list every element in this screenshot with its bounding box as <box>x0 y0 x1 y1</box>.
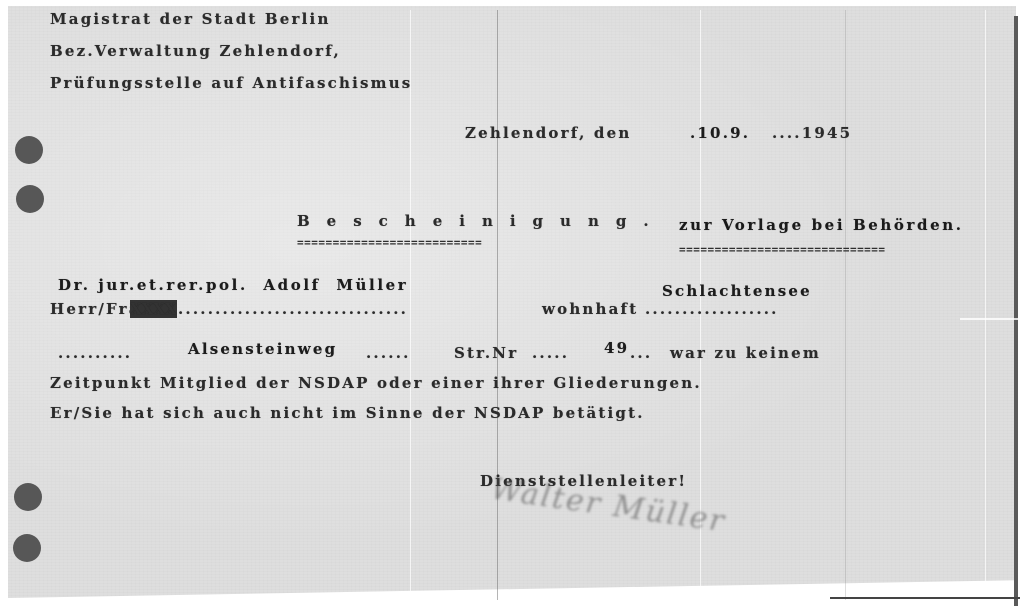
dotted-fill: ... <box>630 344 652 362</box>
dotted-fill: .................. <box>645 300 779 318</box>
fold-line <box>845 10 846 600</box>
title-underline: ========================== <box>297 236 482 249</box>
header-office: Prüfungsstelle auf Antifaschismus <box>50 74 412 92</box>
fold-line <box>497 10 498 600</box>
body-line-2: Er/Sie hat sich auch nicht im Sinne der … <box>50 404 645 422</box>
date-filled: .10.9. <box>690 124 750 142</box>
struck-out-text: XXXX <box>130 300 177 318</box>
header-authority: Magistrat der Stadt Berlin <box>50 10 331 28</box>
scanned-document: Magistrat der Stadt Berlin Bez.Verwaltun… <box>0 0 1024 613</box>
punch-hole-icon <box>13 534 41 562</box>
punch-hole-icon <box>14 483 42 511</box>
bottom-edge-strip <box>830 597 1020 599</box>
dotted-fill: ............................... <box>178 300 408 318</box>
continuation-text: war zu keinem <box>670 344 821 362</box>
person-name: Dr. jur.et.rer.pol. Adolf Müller <box>58 276 408 294</box>
header-district: Bez.Verwaltung Zehlendorf, <box>50 42 341 60</box>
residence-filled: Schlachtensee <box>662 282 812 300</box>
place-label: Zehlendorf, den <box>465 124 631 142</box>
street-label: Str.Nr <box>454 344 518 362</box>
punch-hole-icon <box>16 185 44 213</box>
punch-hole-icon <box>15 136 43 164</box>
dotted-fill: .......... <box>58 344 132 362</box>
paper-edge-shadow <box>1014 16 1018 606</box>
corner-crease <box>960 318 1018 320</box>
dotted-fill: ...... <box>366 344 411 362</box>
date-year: ....1945 <box>772 124 852 142</box>
fold-line <box>410 10 411 600</box>
dotted-fill: ..... <box>532 344 569 362</box>
purpose-underline: ============================= <box>679 243 886 256</box>
residence-label: wohnhaft <box>542 300 638 318</box>
body-line-1: Zeitpunkt Mitglied der NSDAP oder einer … <box>50 374 702 392</box>
document-title: Bescheinigung. <box>297 212 666 230</box>
house-number-filled: 49 <box>604 339 629 357</box>
document-purpose: zur Vorlage bei Behörden. <box>679 216 964 234</box>
street-filled: Alsensteinweg <box>188 340 337 358</box>
fold-line <box>985 10 986 600</box>
